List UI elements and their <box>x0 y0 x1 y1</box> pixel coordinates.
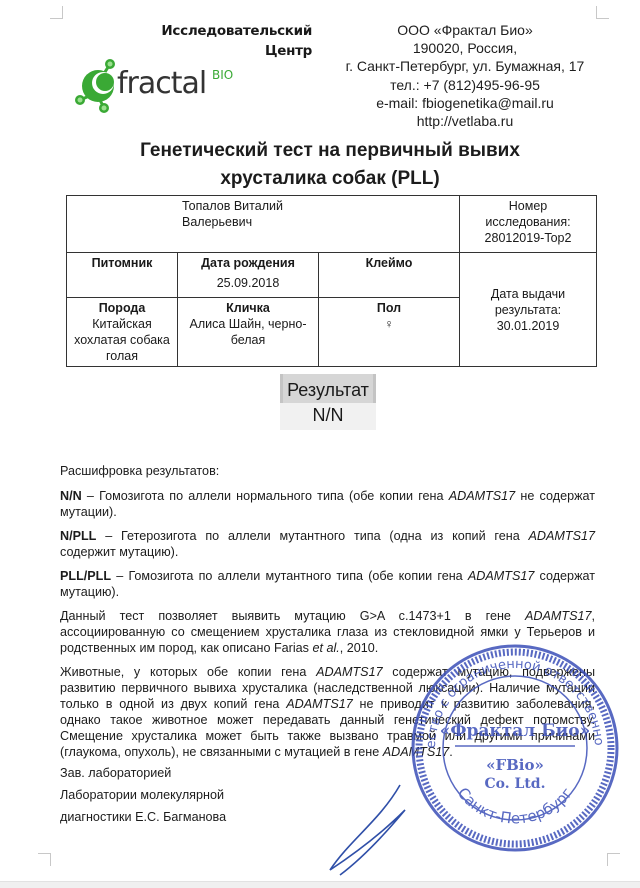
logo-superscript: BIO <box>212 68 233 82</box>
dog-name-label: Кличка <box>180 300 316 316</box>
item-text: – Гомозигота по аллели нормального типа … <box>82 489 449 503</box>
title-line: Генетический тест на первичный вывих <box>60 137 600 165</box>
org-title-line: Исследовательский <box>150 21 312 41</box>
birth-date-cell: Дата рождения 25.09.2018 <box>178 253 319 298</box>
company-logo: fractal BIO <box>72 58 262 114</box>
owner-cell: Топалов Виталий Валерьевич <box>67 196 460 253</box>
company-name: ООО «Фрактал Био» <box>320 21 610 39</box>
address-line: 190020, Россия, <box>320 39 610 57</box>
female-icon: ♀ <box>321 316 457 332</box>
breed-cell: Порода Китайская хохлатая собака голая <box>67 298 178 367</box>
owner-name: Топалов Виталий Валерьевич <box>182 199 283 229</box>
genotype-code: N/PLL <box>60 529 96 543</box>
title-line: хрусталика собак (PLL) <box>60 165 600 193</box>
company-stamp: Общество с ограниченной ответственностью… <box>395 630 635 860</box>
handwritten-signature <box>300 780 410 880</box>
phone: тел.: +7 (812)495-96-95 <box>320 76 610 94</box>
signature-line: Зав. лабораторией <box>60 762 226 784</box>
stamp-co-ltd: Co. Ltd. <box>485 776 546 792</box>
sex-cell: Пол ♀ <box>319 298 460 367</box>
sex-label: Пол <box>321 300 457 316</box>
interpretation-item: PLL/PLL – Гомозигота по аллели мутантног… <box>60 568 595 600</box>
kennel-label: Питомник <box>69 255 175 271</box>
crop-mark <box>596 6 609 19</box>
result-value: N/N <box>280 403 376 430</box>
org-title: Исследовательский Центр <box>150 21 312 61</box>
result-box: Результат N/N <box>280 374 376 430</box>
patient-info-table: Топалов Виталий Валерьевич Номер исследо… <box>66 195 597 367</box>
genotype-code: PLL/PLL <box>60 569 111 583</box>
issue-date-cell: Дата выдачи результата: 30.01.2019 <box>460 253 597 367</box>
issue-date-label: Дата выдачи результата: <box>462 286 594 318</box>
brand-cell: Клеймо <box>319 253 460 298</box>
gene-name: ADAMTS17 <box>286 697 353 711</box>
result-label: Результат <box>280 374 376 403</box>
dog-name-cell: Кличка Алиса Шайн, черно-белая <box>178 298 319 367</box>
issue-date: 30.01.2019 <box>462 318 594 334</box>
para-text: Животные, у которых обе копии гена <box>60 665 316 679</box>
gene-name: ADAMTS17 <box>316 665 383 679</box>
signature-line: Лаборатории молекулярной <box>60 784 226 806</box>
interpretation-item: N/PLL – Гетерозигота по аллели мутантног… <box>60 528 595 560</box>
study-number-label: Номер исследования: <box>462 198 594 230</box>
item-text: содержит мутацию). <box>60 545 178 559</box>
interpretation-item: N/N – Гомозигота по аллели нормального т… <box>60 488 595 520</box>
gene-name: ADAMTS17 <box>468 569 535 583</box>
gene-name: ADAMTS17 <box>449 489 516 503</box>
signature-block: Зав. лабораторией Лаборатории молекулярн… <box>60 762 226 828</box>
stamp-company-name: «Фрактал Био» <box>440 721 591 741</box>
page-edge <box>0 881 640 888</box>
gene-name: ADAMTS17 <box>525 609 592 623</box>
address-line: г. Санкт-Петербург, ул. Бумажная, 17 <box>320 57 610 75</box>
study-number-cell: Номер исследования: 28012019-Top2 <box>460 196 597 253</box>
website: http://vetlaba.ru <box>320 112 610 130</box>
citation-etal: et al. <box>312 641 339 655</box>
para-text: , 2010. <box>340 641 379 655</box>
item-text: – Гомозигота по аллели мутантного типа (… <box>111 569 468 583</box>
company-contacts: ООО «Фрактал Био» 190020, Россия, г. Сан… <box>320 21 610 130</box>
study-number: 28012019-Top2 <box>462 230 594 246</box>
email: e-mail: fbiogenetika@mail.ru <box>320 94 610 112</box>
kennel-cell: Питомник <box>67 253 178 298</box>
dog-name: Алиса Шайн, черно-белая <box>180 316 316 348</box>
gene-name: ADAMTS17 <box>529 529 596 543</box>
birth-date: 25.09.2018 <box>180 275 316 291</box>
breed: Китайская хохлатая собака голая <box>69 316 175 364</box>
para-text: Данный тест позволяет выявить мутацию G>… <box>60 609 525 623</box>
document-title: Генетический тест на первичный вывих хру… <box>60 137 600 193</box>
stamp-fbio: «FBio» <box>486 756 544 774</box>
logo-text: fractal <box>117 66 206 101</box>
genotype-code: N/N <box>60 489 82 503</box>
breed-label: Порода <box>69 300 175 316</box>
interpretation-heading: Расшифровка результатов: <box>60 463 595 479</box>
crop-mark <box>38 853 51 866</box>
brand-label: Клеймо <box>321 255 457 271</box>
item-text: – Гетерозигота по аллели мутантного типа… <box>96 529 528 543</box>
crop-mark <box>50 6 63 19</box>
signature-line: диагностики Е.С. Багманова <box>60 806 226 828</box>
birth-date-label: Дата рождения <box>180 255 316 271</box>
